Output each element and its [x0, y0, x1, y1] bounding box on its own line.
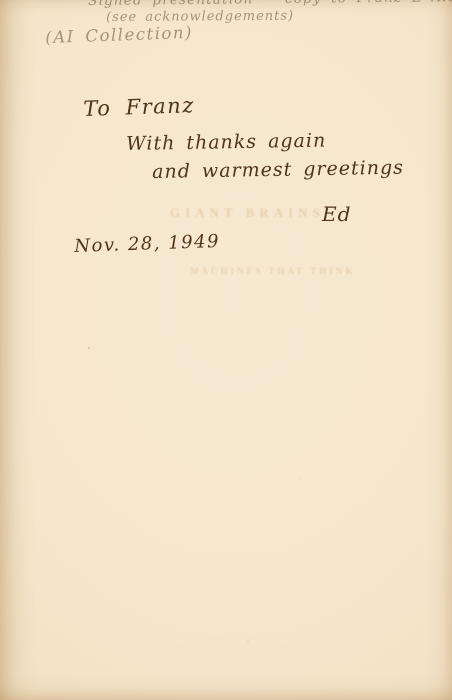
foxing-speck — [247, 641, 249, 643]
pencil-note-provenance: Signed presentation ~ copy to Franz L Al… — [88, 0, 452, 9]
show-through-title: GIANT BRAINS — [170, 205, 325, 221]
book-page: GIANT BRAINS MACHINES THAT THINK Signed … — [0, 0, 452, 700]
foxing-speck — [299, 478, 301, 479]
inscription-signature: Ed — [322, 202, 351, 226]
pencil-note-collection: (AI Collection) — [45, 23, 193, 47]
show-through-subtitle: MACHINES THAT THINK — [190, 266, 355, 276]
inscription-recipient: To Franz — [83, 93, 195, 121]
pencil-note-acknowledgements: (see acknowledgements) — [106, 9, 294, 25]
inscription-line-greetings: and warmest greetings — [152, 157, 404, 183]
inscription-line-thanks: With thanks again — [126, 130, 326, 155]
inscription-date: Nov. 28, 1949 — [74, 231, 220, 257]
foxing-speck — [88, 347, 90, 349]
